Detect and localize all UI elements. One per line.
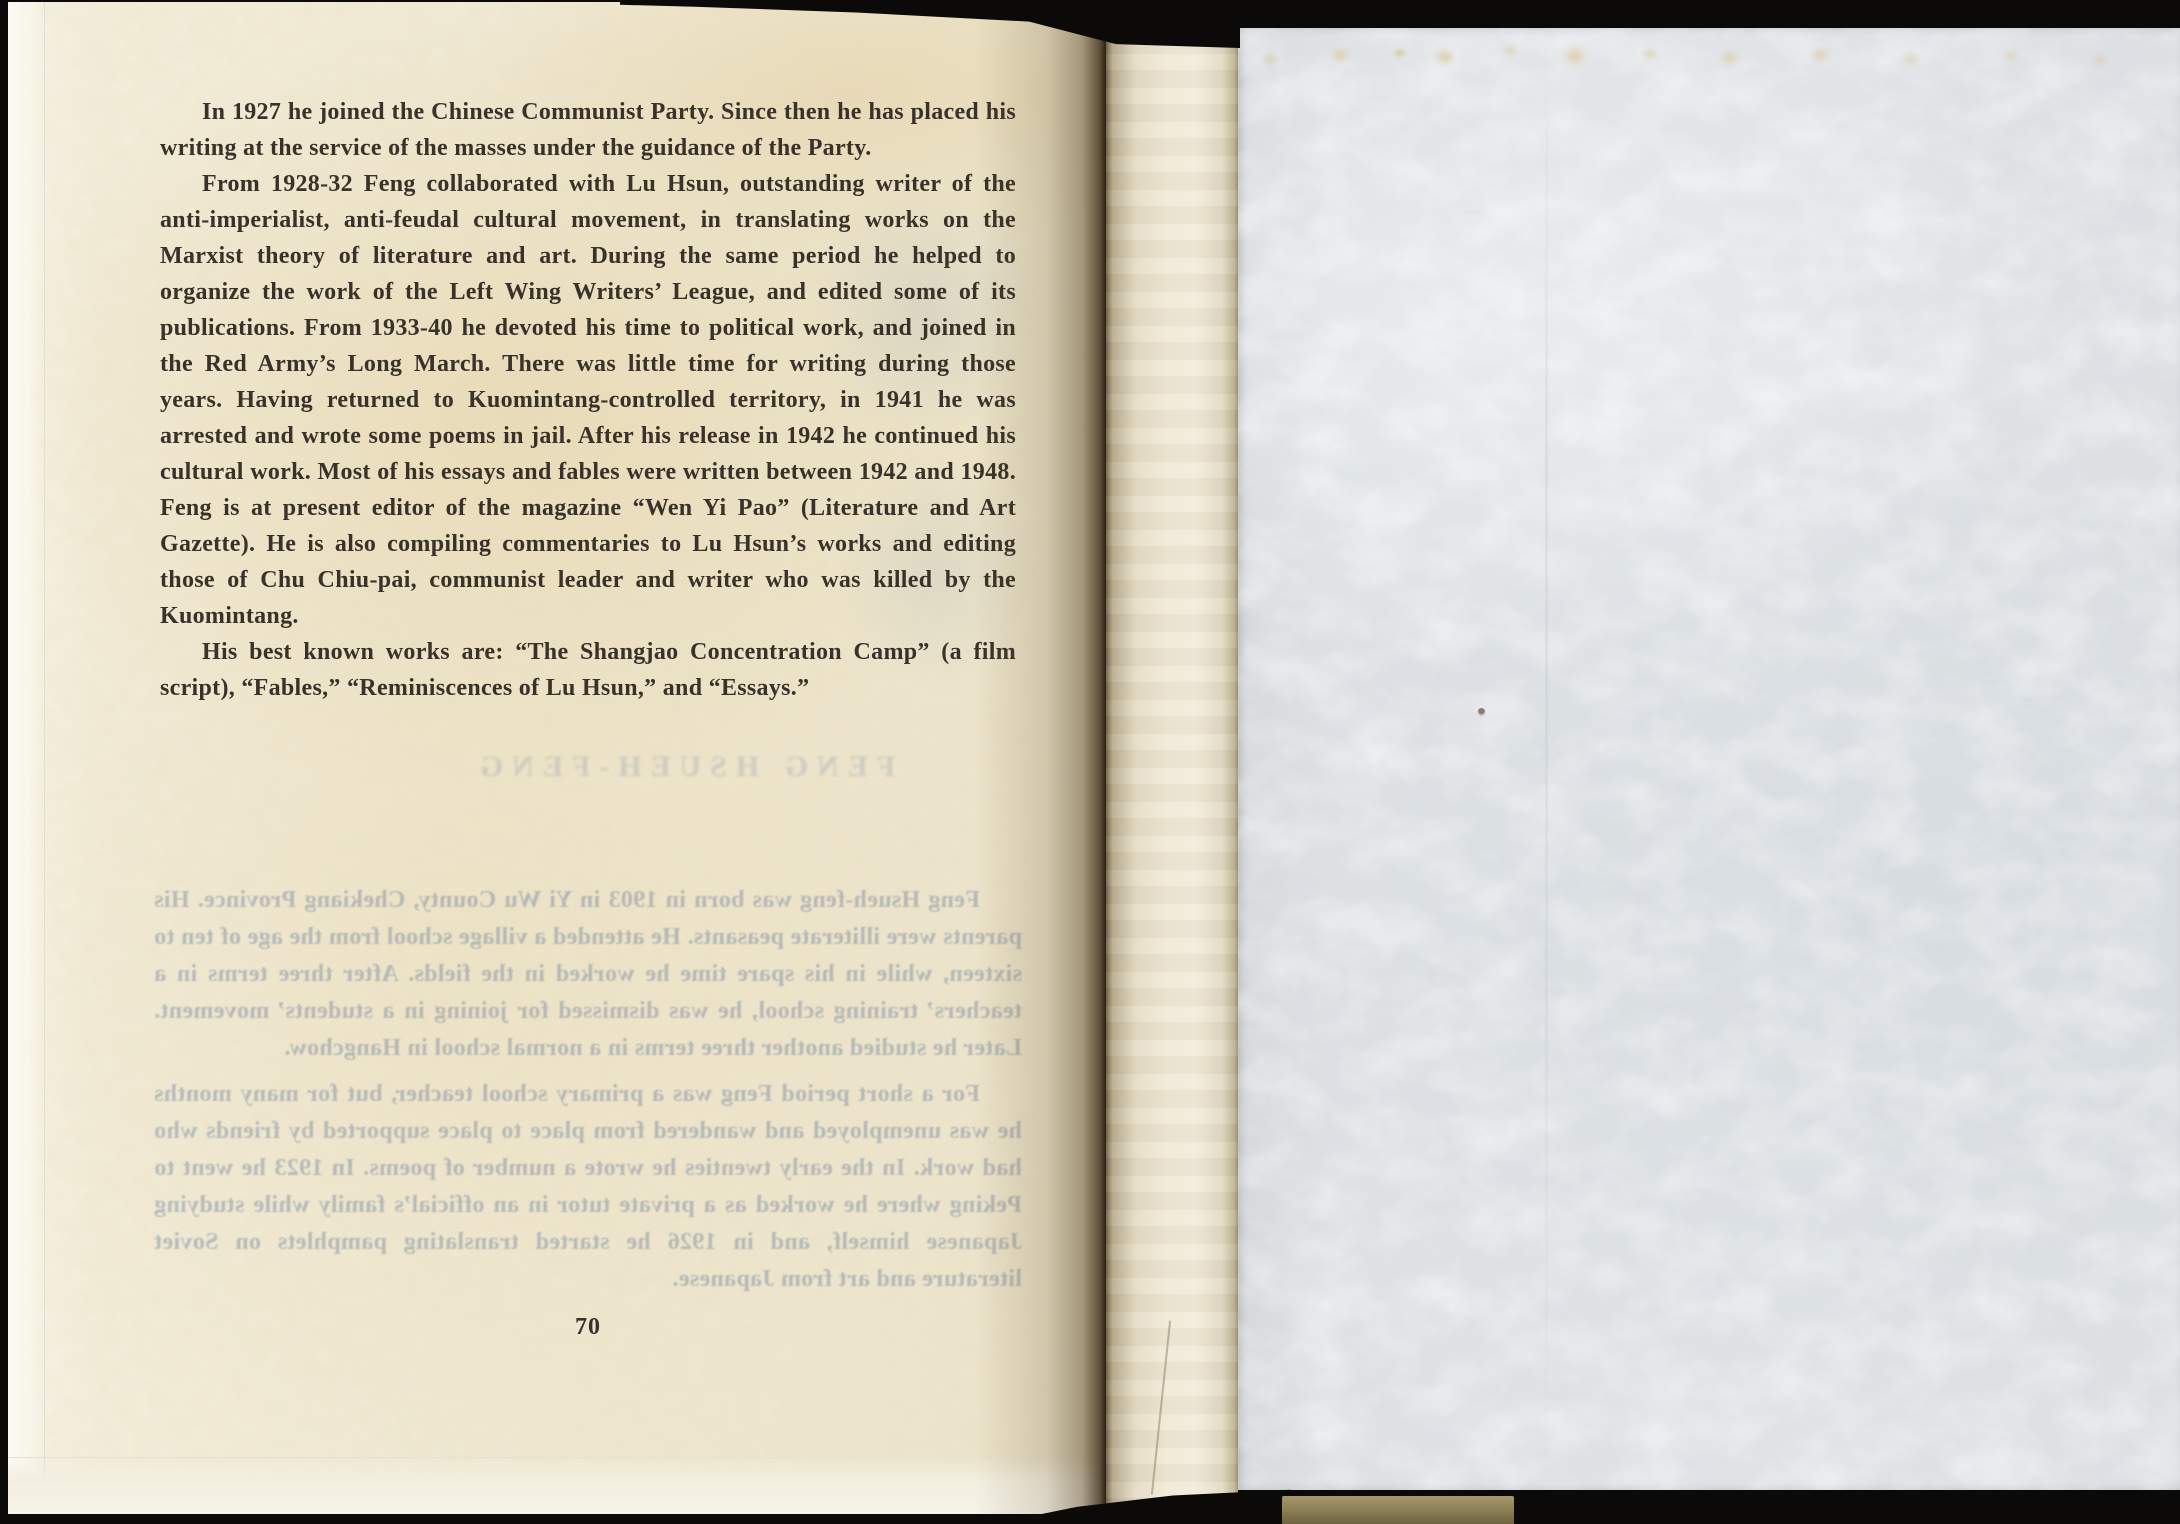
left-book-page: FENG HSUEH-FENG In 1927 he joined the Ch… xyxy=(8,2,1106,1514)
tissue-mottle-texture xyxy=(1238,28,2180,1490)
right-tissue-page xyxy=(1238,28,2180,1490)
bleed-paragraph-2: For a short period Feng was a primary sc… xyxy=(154,1076,1022,1298)
bleed-paragraph-1: Feng Hsueh-feng was born in 1903 in Yi W… xyxy=(154,882,1022,1067)
bleed-through-text: Feng Hsueh-feng was born in 1903 in Yi W… xyxy=(154,882,1022,1307)
bleed-through-heading: FENG HSUEH-FENG xyxy=(338,750,1028,784)
page-curl xyxy=(1106,20,1238,1506)
printed-text-block: In 1927 he joined the Chinese Communist … xyxy=(160,94,1016,706)
paper-speck xyxy=(1478,708,1485,714)
paragraph-2: From 1928-32 Feng collaborated with Lu H… xyxy=(160,166,1016,634)
tissue-crease xyxy=(1545,28,1548,1490)
paragraph-3: His best known works are: “The Shangjao … xyxy=(160,634,1016,706)
page-number: 70 xyxy=(160,1314,1016,1341)
binding-strip xyxy=(1282,1496,1514,1524)
gutter-shadow xyxy=(974,2,1106,1514)
page-fore-edge xyxy=(8,2,45,1514)
page-bottom-edge xyxy=(8,1457,1106,1514)
foxing-spots xyxy=(1395,50,1405,56)
paragraph-1: In 1927 he joined the Chinese Communist … xyxy=(160,94,1016,166)
book-spread-photo: FENG HSUEH-FENG In 1927 he joined the Ch… xyxy=(0,0,2180,1524)
